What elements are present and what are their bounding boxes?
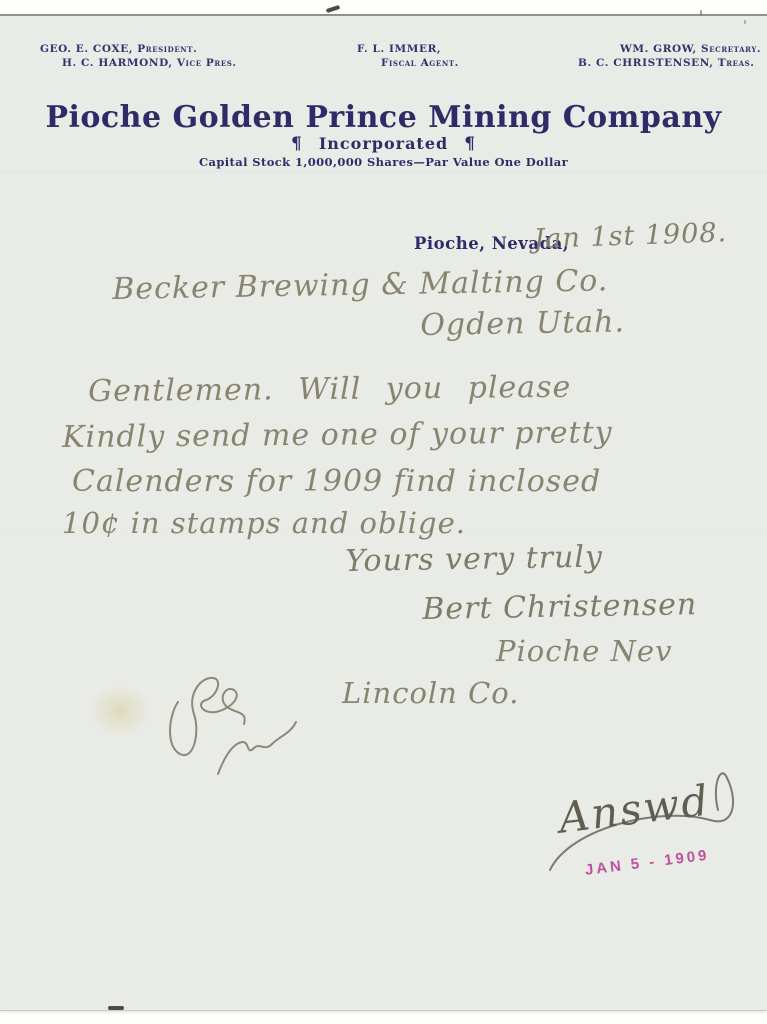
body-line: 10¢ in stamps and oblige. — [62, 506, 466, 540]
paper-crease — [0, 171, 767, 173]
letter-scan-paper: GEO. E. COXE, President. H. C. HARMOND, … — [0, 14, 767, 1011]
body-line: Kindly send me one of your pretty — [62, 415, 613, 455]
officer-secretary: WM. GROW, Secretary. — [620, 43, 761, 55]
officer-vice-president: H. C. HARMOND, Vice Pres. — [62, 57, 237, 69]
officer-president: GEO. E. COXE, President. — [40, 43, 197, 55]
pencil-monogram-flourish — [158, 662, 308, 777]
recipient-city: Ogden Utah. — [420, 304, 625, 343]
officer-fiscal-agent-name: F. L. IMMER, — [357, 43, 441, 55]
scan-speck — [108, 1006, 124, 1010]
signature-name: Bert Christensen — [422, 587, 698, 627]
signature-county: Lincoln Co. — [342, 676, 519, 710]
paper-stain — [88, 684, 152, 738]
pilcrow-icon: ¶ — [448, 134, 492, 154]
scan-speck — [744, 20, 746, 24]
body-line: Calenders for 1909 find inclosed — [72, 464, 601, 499]
signature-place: Pioche Nev — [496, 634, 672, 668]
closing-valediction: Yours very truly — [345, 540, 603, 579]
officer-treasurer: B. C. CHRISTENSEN, Treas. — [578, 57, 755, 69]
incorporated-line: ¶Incorporated¶ — [0, 134, 767, 154]
scan-speck — [700, 10, 702, 15]
capital-stock-line: Capital Stock 1,000,000 Shares—Par Value… — [0, 155, 767, 169]
body-line: Gentlemen. Will you please — [88, 370, 571, 409]
recipient-company: Becker Brewing & Malting Co. — [112, 263, 609, 307]
officer-fiscal-agent-title: Fiscal Agent. — [381, 57, 459, 69]
company-name: Pioche Golden Prince Mining Company — [0, 100, 767, 135]
handwritten-date: Jan 1st 1908. — [533, 217, 728, 255]
pilcrow-icon: ¶ — [275, 134, 319, 154]
incorporated-label: Incorporated — [319, 134, 448, 153]
